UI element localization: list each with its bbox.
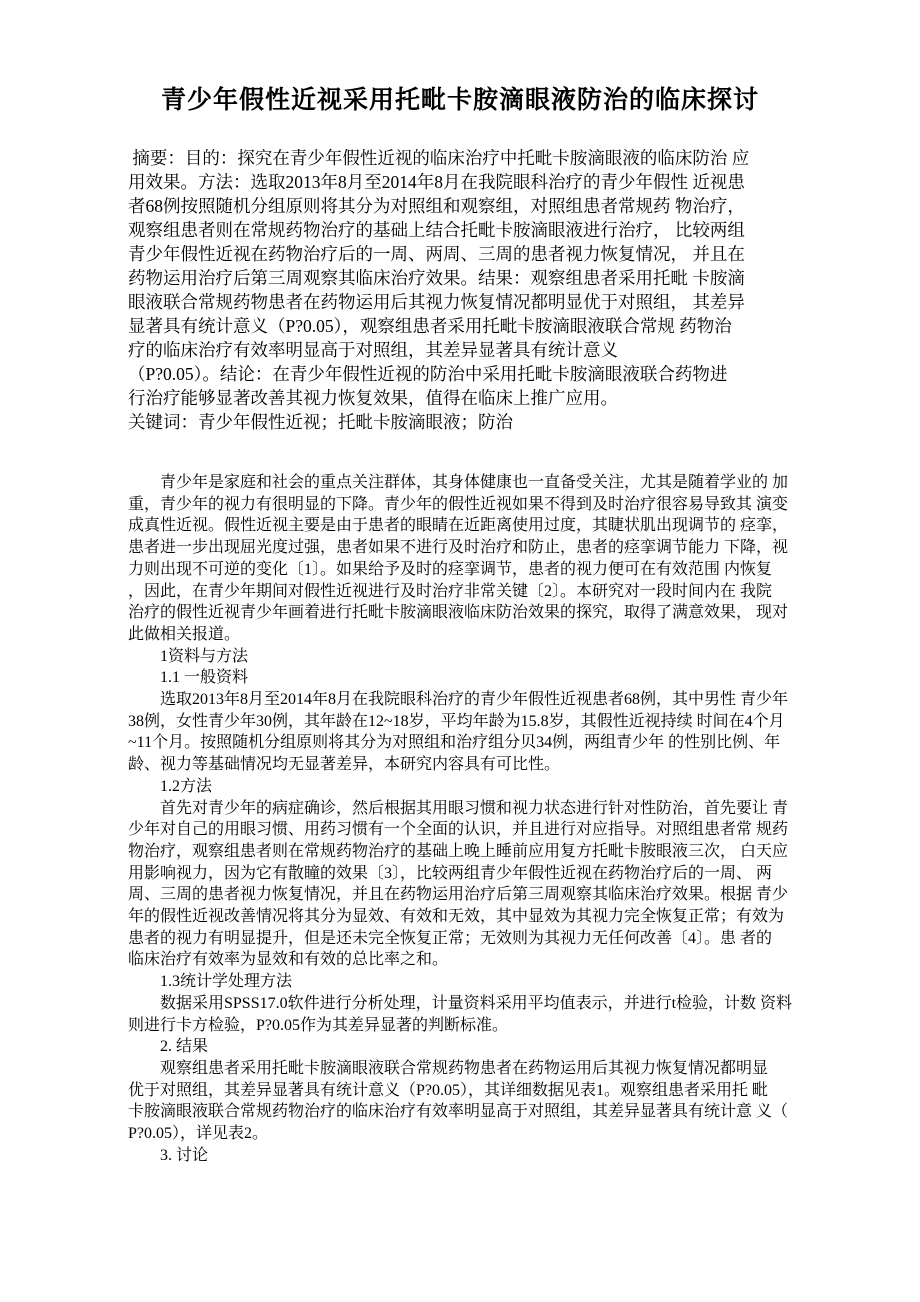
text-line: 观察组患者采用托毗卡胺滴眼液联合常规药物患者在药物运用后其视力恢复情况都明显 (128, 1058, 818, 1080)
text-line: 青少年是家庭和社会的重点关注群体，其身体健康也一直备受关注，尤其是随着学业的 加 (128, 472, 818, 494)
body-section: 青少年是家庭和社会的重点关注群体，其身体健康也一直备受关注，尤其是随着学业的 加… (128, 472, 818, 1167)
text-line: 用影响视力，因为它有散瞳的效果〔3〕，比较两组青少年假性近视在药物治疗后的一周、… (128, 863, 818, 885)
text-line: 摘要：目的：探究在青少年假性近视的临床治疗中托毗卡胺滴眼液的临床防治 应 (128, 146, 808, 170)
text-line: 少年对自己的用眼习惯、用药习惯有一个全面的认识，并且进行对应指导。对照组患者常 … (128, 819, 818, 841)
text-line: 2. 结果 (128, 1036, 818, 1058)
text-line: 则进行卡方检验，P?0.05作为其差异显著的判断标准。 (128, 1015, 818, 1037)
text-line: 3. 讨论 (128, 1145, 818, 1167)
text-line: 数据采用SPSS17.0软件进行分析处理，计量资料采用平均值表示，并进行t检验，… (128, 993, 818, 1015)
text-line: 年的假性近视改善情况将其分为显效、有效和无效，其中显效为其视力完全恢复正常；有效… (128, 906, 818, 928)
text-line: 疗的临床治疗有效率明显高于对照组，其差异显著具有统计意义 (128, 338, 808, 362)
text-line: 临床治疗有效率为显效和有效的总比率之和。 (128, 949, 818, 971)
text-line: 用效果。方法：选取2013年8月至2014年8月在我院眼科治疗的青少年假性 近视… (128, 170, 808, 194)
text-line: 首先对青少年的病症确诊，然后根据其用眼习惯和视力状态进行针对性防治，首先要让 青 (128, 798, 818, 820)
text-line: P?0.05），详见表2。 (128, 1123, 818, 1145)
text-line: 1.2方法 (128, 776, 818, 798)
text-line: 关键词：青少年假性近视；托毗卡胺滴眼液；防治 (128, 410, 808, 434)
text-line: 眼液联合常规药物患者在药物运用后其视力恢复情况都明显优于对照组， 其差异 (128, 290, 808, 314)
text-line: 龄、视力等基础情况均无显著差异，本研究内容具有可比性。 (128, 754, 818, 776)
text-line: 青少年假性近视在药物治疗后的一周、两周、三周的患者视力恢复情况， 并且在 (128, 242, 808, 266)
text-line: 周、三周的患者视力恢复情况，并且在药物运用治疗后第三周观察其临床治疗效果。根据 … (128, 884, 818, 906)
text-line: 成真性近视。假性近视主要是由于患者的眼睛在近距离使用过度，其睫状肌出现调节的 痉… (128, 515, 818, 537)
text-line: 观察组患者则在常规药物治疗的基础上结合托毗卡胺滴眼液进行治疗， 比较两组 (128, 218, 808, 242)
text-line: ~11个月。按照随机分组原则将其分为对照组和治疗组分贝34例，两组青少年 的性别… (128, 732, 818, 754)
text-line: 者68例按照随机分组原则将其分为对照组和观察组，对照组患者常规药 物治疗， (128, 194, 808, 218)
document-page: 青少年假性近视采用托毗卡胺滴眼液防治的临床探讨 摘要：目的：探究在青少年假性近视… (0, 0, 920, 1302)
text-line: 此做相关报道。 (128, 624, 818, 646)
text-line: 1资料与方法 (128, 646, 818, 668)
text-line: 显著具有统计意义（P?0.05），观察组患者采用托毗卡胺滴眼液联合常规 药物治 (128, 314, 808, 338)
text-line: 物治疗，观察组患者则在常规药物治疗的基础上晚上睡前应用复方托毗卡胺眼液三次， 白… (128, 841, 818, 863)
text-line: 重，青少年的视力有很明显的下降。青少年的假性近视如果不得到及时治疗很容易导致其 … (128, 494, 818, 516)
text-line: 行治疗能够显著改善其视力恢复效果，值得在临床上推广应用。 (128, 386, 808, 410)
text-line: 力则出现不可逆的变化〔1〕。如果给予及时的痉挛调节，患者的视力便可在有效范围 内… (128, 559, 818, 581)
abstract-section: 摘要：目的：探究在青少年假性近视的临床治疗中托毗卡胺滴眼液的临床防治 应用效果。… (128, 146, 808, 434)
text-line: 1.3统计学处理方法 (128, 971, 818, 993)
text-line: 治疗的假性近视青少年画着进行托毗卡胺滴眼液临床防治效果的探究，取得了满意效果， … (128, 602, 818, 624)
text-line: 38例，女性青少年30例，其年龄在12~18岁，平均年龄为15.8岁，其假性近视… (128, 711, 818, 733)
text-line: 患者进一步出现屈光度过强，患者如果不进行及时治疗和防止，患者的痉挛调节能力 下降… (128, 537, 818, 559)
text-line: 选取2013年8月至2014年8月在我院眼科治疗的青少年假性近视患者68例，其中… (128, 689, 818, 711)
text-line: 1.1 一般资料 (128, 667, 818, 689)
text-line: 药物运用治疗后第三周观察其临床治疗效果。结果：观察组患者采用托毗 卡胺滴 (128, 266, 808, 290)
document-title: 青少年假性近视采用托毗卡胺滴眼液防治的临床探讨 (0, 84, 920, 118)
text-line: 卡胺滴眼液联合常规药物治疗的临床治疗有效率明显高于对照组，其差异显著具有统计意 … (128, 1101, 818, 1123)
text-line: ，因此，在青少年期间对假性近视进行及时治疗非常关键〔2〕。本研究对一段时间内在 … (128, 581, 818, 603)
text-line: （P?0.05）。结论：在青少年假性近视的防治中采用托毗卡胺滴眼液联合药物进 (128, 362, 808, 386)
text-line: 患者的视力有明显提升，但是还未完全恢复正常；无效则为其视力无任何改善〔4〕。患 … (128, 928, 818, 950)
text-line: 优于对照组，其差异显著具有统计意义（P?0.05），其详细数据见表1。观察组患者… (128, 1080, 818, 1102)
